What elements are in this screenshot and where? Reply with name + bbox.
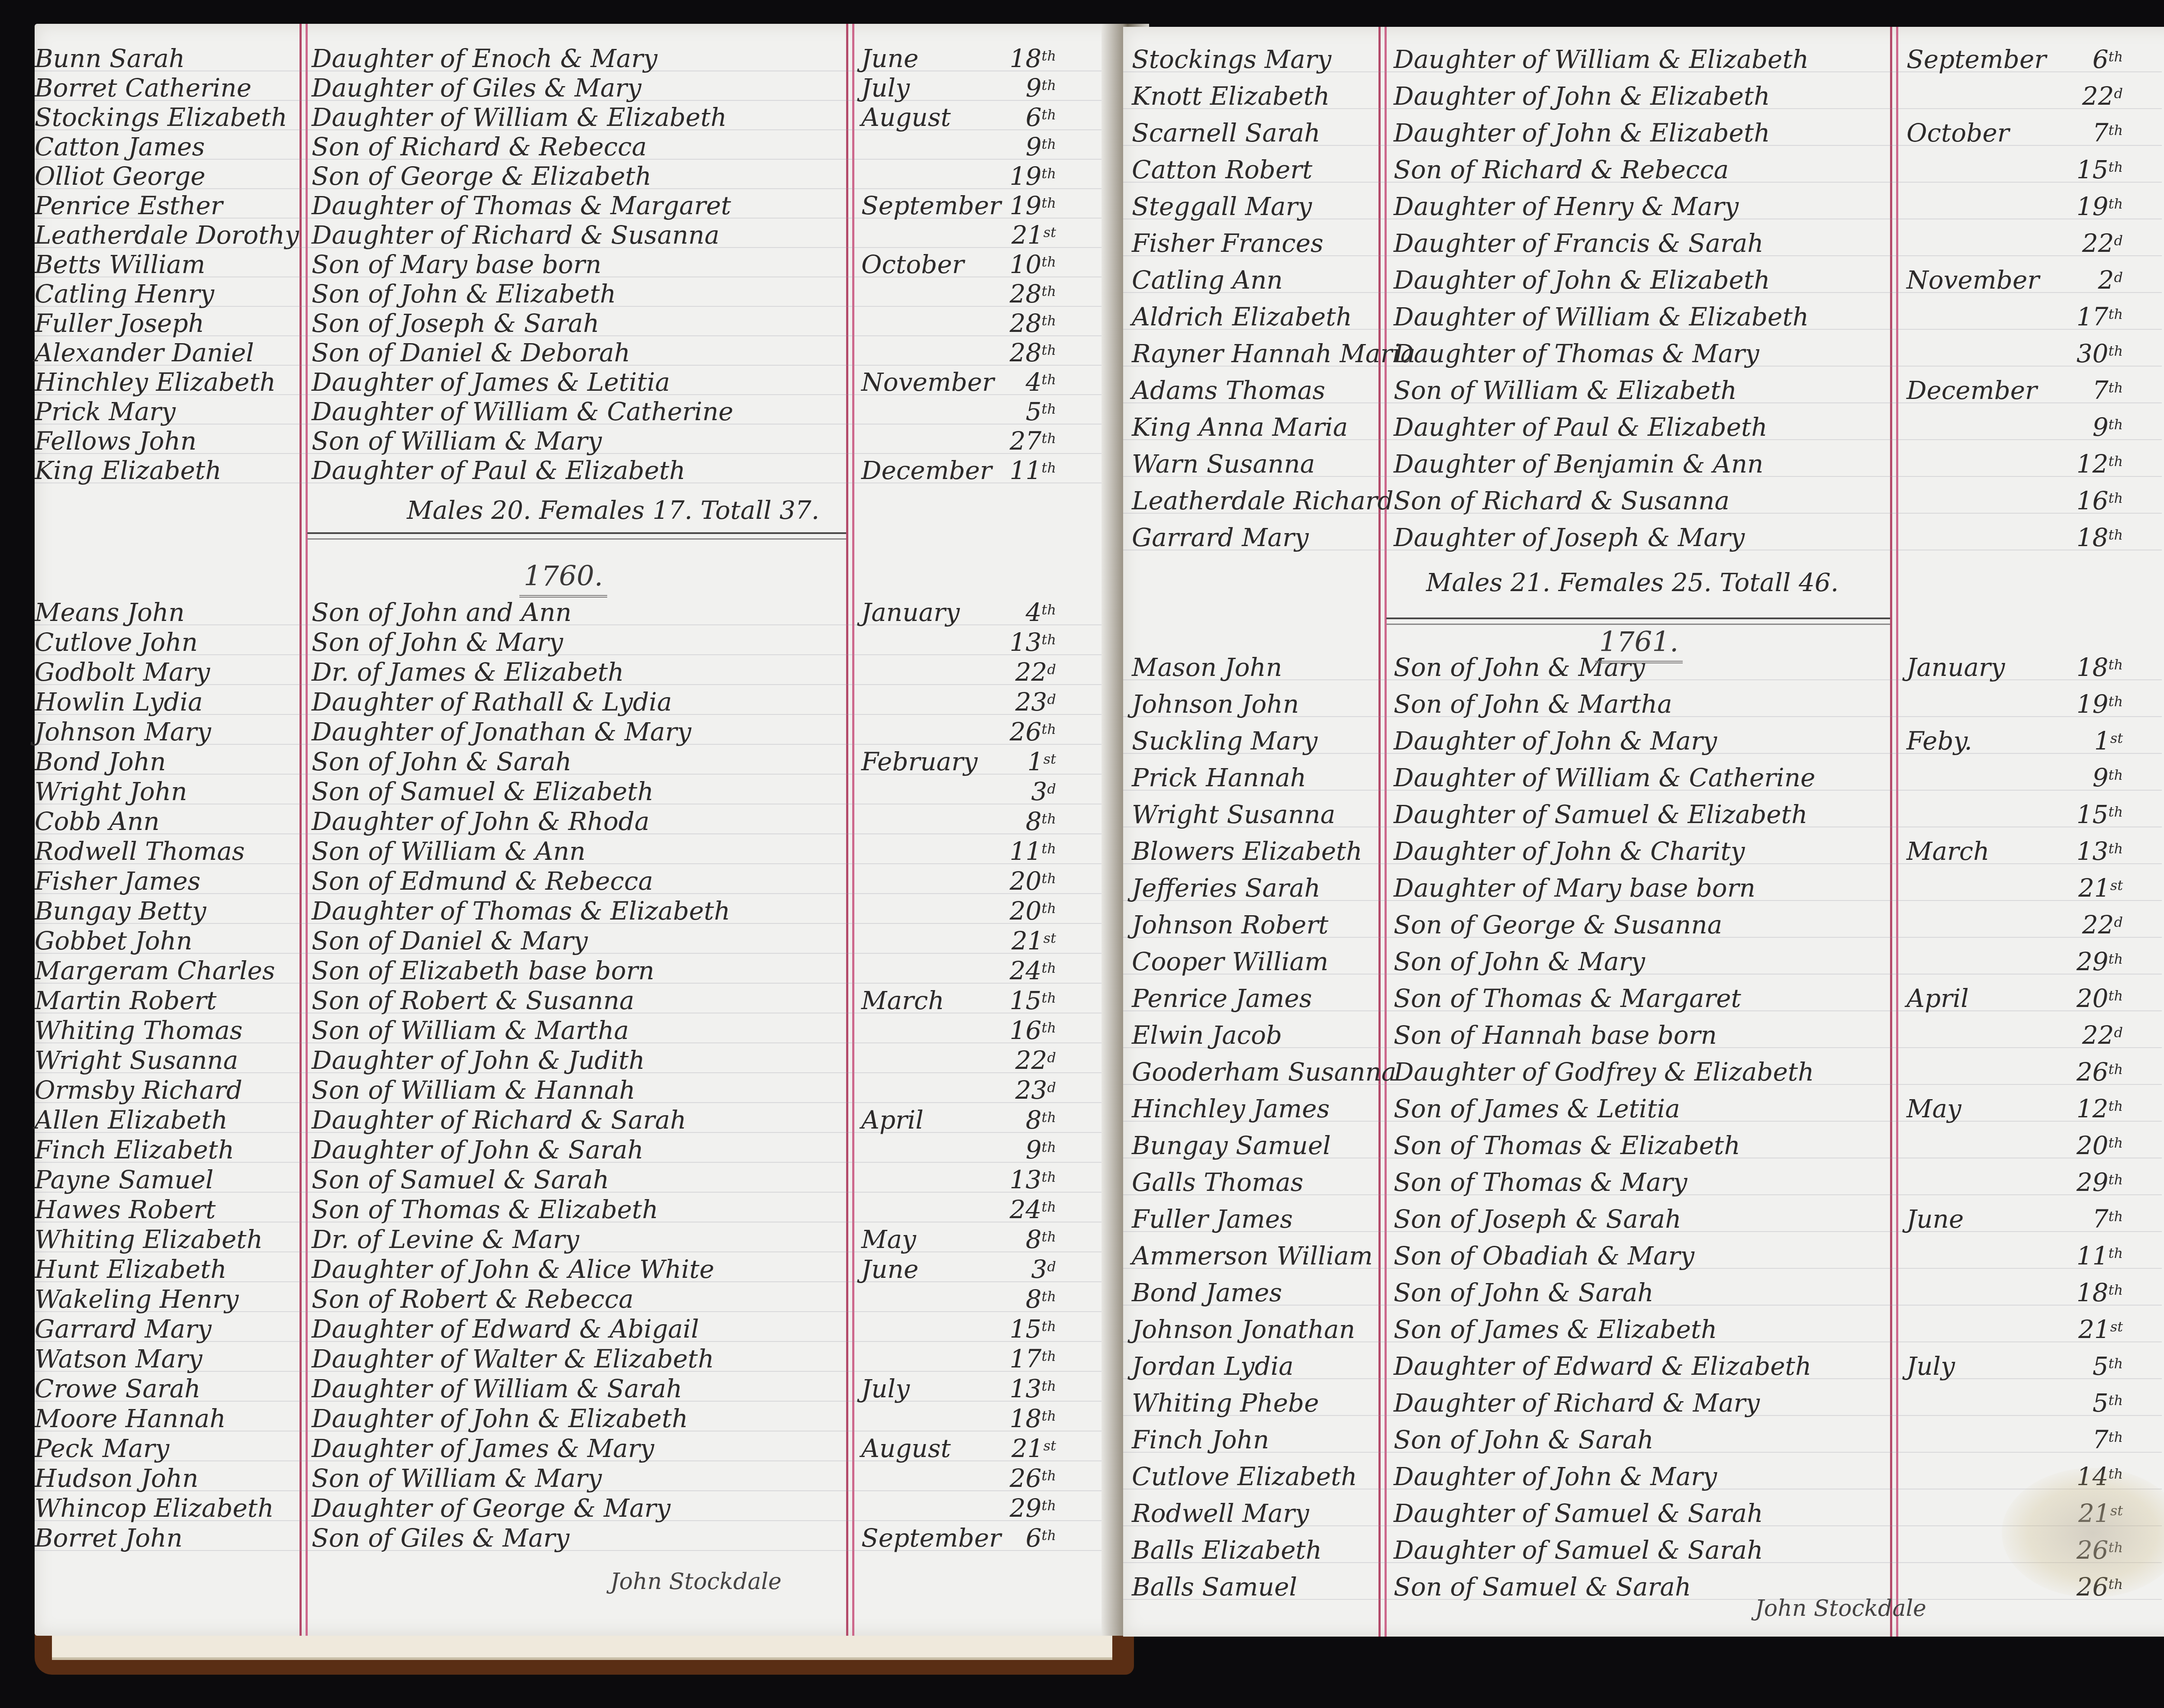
baptism-month: July [1906,1349,1955,1383]
parents: Son of John & Sarah [312,744,572,779]
register-entry: Steggall MaryDaughter of Henry & Mary19t… [1123,189,2162,224]
baptism-month: March [1906,834,1990,868]
baptism-day: 29th [2058,1165,2123,1200]
child-name: Margeram Charles [35,953,275,988]
day-suffix: st [1043,751,1056,767]
register-entry: Hudson JohnSon of William & Mary26th [35,1461,1108,1496]
day-suffix: th [1042,1318,1056,1335]
baptism-day: 21st [2058,1312,2123,1347]
day-suffix: st [1043,930,1056,946]
parents: Daughter of Thomas & Elizabeth [312,894,730,928]
register-entry: Blowers ElizabethDaughter of John & Char… [1123,834,2162,868]
register-entry: Payne SamuelSon of Samuel & Sarah13th [35,1162,1108,1197]
register-entry: Knott ElizabethDaughter of John & Elizab… [1123,79,2162,113]
child-name: Godbolt Mary [35,655,210,689]
day-number: 12 [2077,1094,2109,1123]
baptism-day: 17th [2058,299,2123,334]
child-name: Hinchley James [1132,1091,1330,1126]
child-name: Howlin Lydia [35,685,203,719]
baptism-day: 15th [991,1312,1056,1346]
baptism-month: January [861,595,960,630]
child-name: Whiting Elizabeth [35,1222,263,1257]
register-entry: Wakeling HenrySon of Robert & Rebecca8th [35,1282,1108,1316]
day-number: 21 [2078,873,2110,903]
parents: Son of John & Mary [1394,944,1645,979]
child-name: Cooper William [1132,944,1328,979]
day-suffix: d [1047,691,1056,708]
baptism-day: 13th [991,625,1056,659]
parents: Daughter of William & Catherine [1394,760,1815,795]
day-number: 13 [1010,1374,1042,1403]
day-suffix: th [1042,312,1056,329]
day-number: 21 [1011,220,1043,250]
baptism-day: 26th [991,714,1056,749]
clerk-signature: John Stockdale [610,1569,782,1595]
day-suffix: th [1042,870,1056,887]
parents: Son of Samuel & Sarah [312,1162,609,1197]
day-suffix: th [2109,1208,2123,1225]
baptism-day: 4th [991,595,1056,630]
day-number: 9 [2093,763,2109,792]
parents: Son of Joseph & Sarah [1394,1202,1681,1236]
day-suffix: th [1042,811,1056,827]
parents: Daughter of John & Elizabeth [1394,263,1770,297]
day-suffix: th [2109,343,2123,359]
day-number: 9 [2093,412,2109,442]
day-suffix: th [2109,804,2123,820]
parents: Daughter of Walter & Elizabeth [312,1341,714,1376]
day-number: 5 [1026,397,1042,426]
day-number: 7 [2093,118,2109,148]
parents: Son of Richard & Rebecca [1394,152,1729,187]
child-name: Scarnell Sarah [1132,116,1320,150]
baptism-day: 7th [2058,1422,2123,1457]
day-number: 22 [1015,1045,1047,1075]
child-name: Fuller James [1132,1202,1293,1236]
day-number: 20 [2077,1131,2109,1160]
day-suffix: st [2110,730,2123,746]
day-suffix: d [2114,1024,2123,1041]
register-entry: Ammerson WilliamSon of Obadiah & Mary11t… [1123,1238,2162,1273]
child-name: Jordan Lydia [1132,1349,1294,1383]
baptism-day: 18th [2058,520,2123,555]
baptism-day: 19th [2058,687,2123,721]
day-number: 20 [1010,896,1042,926]
parents: Daughter of Paul & Elizabeth [1394,410,1768,444]
day-suffix: th [1042,840,1056,857]
parents: Son of Robert & Susanna [312,983,634,1018]
parents: Son of Robert & Rebecca [312,1282,634,1316]
child-name: Suckling Mary [1132,724,1317,758]
register-entry: Martin RobertSon of Robert & SusannaMarc… [35,983,1108,1018]
register-entry: Elwin JacobSon of Hannah base born22d [1123,1018,2162,1052]
register-entry: Jordan LydiaDaughter of Edward & Elizabe… [1123,1349,2162,1383]
day-suffix: th [2109,1282,2123,1298]
year-heading-1761: 1761. [1595,626,1683,663]
register-entry: Prick HannahDaughter of William & Cather… [1123,760,2162,795]
child-name: Fisher James [35,864,200,898]
day-suffix: th [1042,1139,1056,1155]
child-name: Gooderham Susanna [1132,1055,1396,1089]
parents: Daughter of Samuel & Sarah [1394,1533,1763,1567]
parents: Daughter of Jonathan & Mary [312,714,691,749]
parents: Daughter of John & Sarah [312,1132,644,1167]
day-number: 26 [2077,1057,2109,1087]
child-name: Peck Mary [35,1431,169,1466]
day-number: 22 [2082,81,2114,111]
baptism-day: 24th [991,953,1056,988]
day-number: 7 [2093,376,2109,405]
day-suffix: d [2114,85,2123,102]
parents: Daughter of Joseph & Mary [1394,520,1745,555]
day-suffix: d [2114,232,2123,249]
day-number: 2 [2098,265,2114,295]
baptism-day: 8th [991,1222,1056,1257]
parents: Daughter of John & Elizabeth [312,1401,688,1436]
parents: Son of William & Martha [312,1013,629,1048]
baptism-month: September [861,1521,1001,1555]
register-entry: Bungay SamuelSon of Thomas & Elizabeth20… [1123,1128,2162,1163]
child-name: Crowe Sarah [35,1371,200,1406]
day-suffix: th [2109,196,2123,212]
child-name: King Anna Maria [1132,410,1348,444]
day-number: 15 [1010,986,1042,1015]
baptism-day: 13th [991,1162,1056,1197]
register-entry: Peck MaryDaughter of James & MaryAugust2… [35,1431,1108,1466]
register-entry: Aldrich ElizabethDaughter of William & E… [1123,299,2162,334]
left-page: Bunn SarahDaughter of Enoch & MaryJune18… [35,24,1125,1636]
register-entry: Fuller JamesSon of Joseph & SarahJune7th [1123,1202,2162,1236]
baptism-day: 17th [991,1341,1056,1376]
day-suffix: th [1042,77,1056,93]
baptism-month: May [861,1222,916,1257]
register-entry: Rayner Hannah MariaDaughter of Thomas & … [1123,336,2162,371]
day-number: 11 [1010,456,1042,485]
day-suffix: d [1047,1079,1056,1096]
register-entry: Johnson MaryDaughter of Jonathan & Mary2… [35,714,1108,749]
baptism-month: March [861,983,944,1018]
register-entry: Means JohnSon of John and AnnJanuary4th [35,595,1108,630]
parents: Daughter of Rathall & Lydia [312,685,672,719]
register-entry: Hinchley JamesSon of James & LetitiaMay1… [1123,1091,2162,1126]
baptism-month: July [861,1371,910,1406]
day-number: 18 [2077,523,2109,552]
parents: Son of Elizabeth base born [312,953,654,988]
child-name: Hawes Robert [35,1192,216,1227]
child-name: Cutlove John [35,625,198,659]
day-suffix: st [2110,1319,2123,1335]
day-suffix: th [2109,527,2123,543]
baptism-day: 26th [2058,1055,2123,1089]
parents: Daughter of Edward & Abigail [312,1312,699,1346]
day-number: 22 [2082,1020,2114,1050]
register-entry: Whiting ThomasSon of William & Martha16t… [35,1013,1108,1048]
day-suffix: th [2109,380,2123,396]
register-entry: Scarnell SarahDaughter of John & Elizabe… [1123,116,2162,150]
register-entry: King Anna MariaDaughter of Paul & Elizab… [1123,410,2162,444]
register-entry: Galls ThomasSon of Thomas & Mary29th [1123,1165,2162,1200]
parents: Son of Obadiah & Mary [1394,1238,1694,1273]
day-suffix: th [1042,401,1056,417]
page-stack-edge [52,1636,1112,1660]
child-name: Knott Elizabeth [1132,79,1330,113]
baptism-day: 22d [2058,1018,2123,1052]
parents: Son of William & Hannah [312,1073,635,1107]
child-name: King Elizabeth [35,453,222,488]
register-entry: Rodwell ThomasSon of William & Ann11th [35,834,1108,868]
baptism-day: 18th [991,1401,1056,1436]
day-suffix: th [1042,1527,1056,1544]
baptism-day: 22d [2058,79,2123,113]
baptism-day: 6th [2058,42,2123,77]
day-number: 26 [1010,1464,1042,1493]
child-name: Means John [35,595,185,630]
register-entry: Bond JohnSon of John & SarahFebruary1st [35,744,1108,779]
day-number: 23 [1015,1075,1047,1105]
day-suffix: th [2109,122,2123,138]
register-entry: Bond JamesSon of John & Sarah18th [1123,1275,2162,1310]
child-name: Borret John [35,1521,183,1555]
child-name: Ormsby Richard [35,1073,242,1107]
register-entry: Penrice JamesSon of Thomas & MargaretApr… [1123,981,2162,1016]
baptism-day: 9th [2058,410,2123,444]
child-name: Johnson Mary [35,714,211,749]
parents: Daughter of William & Sarah [312,1371,682,1406]
child-name: Payne Samuel [35,1162,213,1197]
parents: Daughter of Edward & Elizabeth [1394,1349,1811,1383]
parents: Son of James & Letitia [1394,1091,1680,1126]
baptism-day: 26th [991,1461,1056,1496]
child-name: Martin Robert [35,983,216,1018]
day-number: 28 [1010,338,1042,367]
register-entry: Cobb AnnDaughter of John & Rhoda8th [35,804,1108,839]
child-name: Cutlove Elizabeth [1132,1459,1357,1494]
baptism-day: 23d [991,1073,1056,1107]
baptism-month: January [1906,650,2005,685]
parents: Daughter of Richard & Sarah [312,1103,686,1137]
parents: Daughter of John & Alice White [312,1252,714,1287]
baptism-day: 3d [991,774,1056,809]
child-name: Rodwell Thomas [35,834,245,868]
day-suffix: th [1042,342,1056,358]
register-entry: Johnson JonathanSon of James & Elizabeth… [1123,1312,2162,1347]
register-entry: Cutlove JohnSon of John & Mary13th [35,625,1108,659]
parents: Son of Samuel & Sarah [1394,1570,1691,1604]
day-number: 3 [1031,1254,1047,1284]
parents: Daughter of Richard & Mary [1394,1386,1760,1420]
baptism-day: 1st [991,744,1056,779]
parents: Son of John & Mary [312,625,563,659]
child-name: Penrice James [1132,981,1312,1016]
child-name: Warn Susanna [1132,447,1315,481]
parents: Daughter of John & Rhoda [312,804,650,839]
baptism-day: 24th [991,1192,1056,1227]
parents: Son of Samuel & Elizabeth [312,774,654,809]
register-entry: Whincop ElizabethDaughter of George & Ma… [35,1491,1108,1525]
register-entry: Crowe SarahDaughter of William & SarahJu… [35,1371,1108,1406]
parents: Son of Thomas & Elizabeth [1394,1128,1740,1163]
day-suffix: th [1042,430,1056,447]
child-name: Gobbet John [35,923,192,958]
parents: Daughter of John & Mary [1394,1459,1717,1494]
register-entry: Whiting ElizabethDr. of Levine & MaryMay… [35,1222,1108,1257]
baptism-day: 5th [2058,1349,2123,1383]
day-suffix: th [1042,1288,1056,1305]
baptism-day: 22d [991,1043,1056,1078]
day-suffix: th [1042,254,1056,270]
baptism-day: 2d [2058,263,2123,297]
baptism-day: 12th [2058,1091,2123,1126]
register-entry: Catling AnnDaughter of John & ElizabethN… [1123,263,2162,297]
parents: Daughter of John & Elizabeth [1394,79,1770,113]
day-number: 13 [1010,627,1042,657]
day-suffix: th [1042,721,1056,737]
child-name: Cobb Ann [35,804,160,839]
day-number: 19 [1010,191,1042,220]
parents: Son of James & Elizabeth [1394,1312,1717,1347]
parents: Son of John and Ann [312,595,572,630]
day-suffix: th [2109,693,2123,710]
day-number: 15 [1010,1314,1042,1344]
register-entry: Hawes RobertSon of Thomas & Elizabeth24t… [35,1192,1108,1227]
day-suffix: th [1042,48,1056,64]
parents: Son of William & Mary [312,1461,602,1496]
parents: Son of John & Sarah [1394,1275,1654,1310]
baptism-day: 7th [2058,373,2123,408]
day-number: 18 [1010,1404,1042,1433]
day-number: 20 [2077,984,2109,1013]
year-separator [1386,618,1890,625]
day-number: 12 [2077,449,2109,479]
parents: Daughter of John & Mary [1394,724,1717,758]
day-suffix: th [1042,1378,1056,1394]
day-number: 28 [1010,279,1042,309]
day-number: 11 [1010,836,1042,866]
register-entry: Wright SusannaDaughter of John & Judith2… [35,1043,1108,1078]
register-entry: Johnson JohnSon of John & Martha19th [1123,687,2162,721]
baptism-day: 5th [2058,1386,2123,1420]
baptism-month: September [1906,42,2046,77]
child-name: Adams Thomas [1132,373,1325,408]
day-suffix: th [1042,1497,1056,1514]
day-number: 29 [2077,1168,2109,1197]
parents: Daughter of Paul & Elizabeth [312,453,686,488]
child-name: Watson Mary [35,1341,202,1376]
child-name: Johnson John [1132,687,1299,721]
parents: Son of Richard & Susanna [1394,483,1729,518]
child-name: Blowers Elizabeth [1132,834,1362,868]
register-entry: Margeram CharlesSon of Elizabeth base bo… [35,953,1108,988]
parents: Son of Daniel & Mary [312,923,588,958]
year-separator [307,532,846,540]
day-suffix: th [2109,1355,2123,1372]
child-name: Mason John [1132,650,1282,685]
register-entry: Garrard MaryDaughter of Joseph & Mary18t… [1123,520,2162,555]
baptism-day: 13th [2058,834,2123,868]
baptism-day: 16th [991,1013,1056,1048]
register-entry: Gobbet JohnSon of Daniel & Mary21st [35,923,1108,958]
baptism-day: 22d [2058,226,2123,261]
child-name: Johnson Jonathan [1132,1312,1355,1347]
register-entry: Watson MaryDaughter of Walter & Elizabet… [35,1341,1108,1376]
register-entry: Adams ThomasSon of William & ElizabethDe… [1123,373,2162,408]
register-entry: Fisher JamesSon of Edmund & Rebecca20th [35,864,1108,898]
day-number: 8 [1026,1105,1042,1135]
child-name: Balls Elizabeth [1132,1533,1322,1567]
day-suffix: th [2109,48,2123,65]
parents: Daughter of Henry & Mary [1394,189,1739,224]
register-entry: Godbolt MaryDr. of James & Elizabeth22d [35,655,1108,689]
parents: Son of Hannah base born [1394,1018,1717,1052]
baptism-month: November [1906,263,2039,297]
day-suffix: d [1047,1258,1056,1275]
baptism-day: 1st [2058,724,2123,758]
register-entry: Finch ElizabethDaughter of John & Sarah9… [35,1132,1108,1167]
day-suffix: th [2109,1171,2123,1188]
baptism-day: 9th [2058,760,2123,795]
day-number: 19 [2077,689,2109,719]
day-number: 19 [1010,161,1042,191]
baptism-month: May [1906,1091,1961,1126]
baptism-month: December [861,453,992,488]
parents: Daughter of Mary base born [1394,871,1755,905]
child-name: Aldrich Elizabeth [1132,299,1352,334]
day-number: 6 [2093,45,2109,74]
day-number: 9 [1026,1135,1042,1164]
day-suffix: th [2109,306,2123,322]
day-number: 13 [1010,1165,1042,1194]
parents: Son of Giles & Mary [312,1521,570,1555]
child-name: Hunt Elizabeth [35,1252,227,1287]
baptism-month: October [1906,116,2009,150]
child-name: Garrard Mary [35,1312,212,1346]
parents: Daughter of Samuel & Elizabeth [1394,797,1807,832]
register-entry: Finch JohnSon of John & Sarah7th [1123,1422,2162,1457]
parents: Son of William & Elizabeth [1394,373,1737,408]
day-number: 18 [1010,44,1042,73]
baptism-day: 13th [991,1371,1056,1406]
register-entry: Allen ElizabethDaughter of Richard & Sar… [35,1103,1108,1137]
register-entry: Suckling MaryDaughter of John & MaryFeby… [1123,724,2162,758]
day-number: 4 [1026,367,1042,397]
parents: Daughter of Godfrey & Elizabeth [1394,1055,1814,1089]
parents: Daughter of James & Mary [312,1431,654,1466]
baptism-day: 15th [2058,797,2123,832]
baptism-day: 12th [2058,447,2123,481]
baptism-day: 7th [2058,116,2123,150]
parents: Daughter of George & Mary [312,1491,670,1525]
baptism-month: April [1906,981,1969,1016]
day-suffix: st [1043,1438,1056,1454]
child-name: Hudson John [35,1461,198,1496]
baptism-day: 23d [991,685,1056,719]
baptism-day: 20th [2058,1128,2123,1163]
day-suffix: th [1042,106,1056,123]
baptism-day: 7th [2058,1202,2123,1236]
day-number: 22 [2082,910,2114,939]
day-number: 7 [2093,1204,2109,1234]
day-suffix: th [1042,960,1056,976]
day-number: 30 [2077,339,2109,368]
day-number: 26 [1010,717,1042,746]
parents: Son of Thomas & Mary [1394,1165,1687,1200]
baptism-day: 3d [991,1252,1056,1287]
day-number: 16 [2077,486,2109,515]
child-name: Bungay Samuel [1132,1128,1331,1163]
day-number: 9 [1026,73,1042,103]
child-name: Prick Hannah [1132,760,1306,795]
register-entry: Gooderham SusannaDaughter of Godfrey & E… [1123,1055,2162,1089]
